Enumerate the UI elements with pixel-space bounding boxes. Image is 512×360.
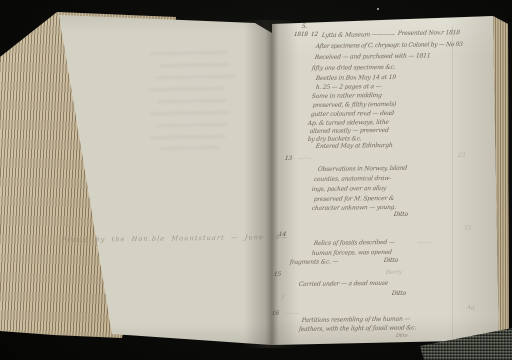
- margin-pencil-mark: 23: [457, 153, 465, 159]
- entry-number: 15: [273, 272, 281, 278]
- pencil-note: 3: [280, 295, 284, 301]
- entry-number: 14: [278, 232, 286, 238]
- manuscript-line: Presented Nov.r 1818: [397, 30, 460, 37]
- manuscript-line: ings, packed over an alloy: [311, 186, 386, 193]
- entry-number: 12: [310, 33, 318, 39]
- pencil-note: —·—: [417, 240, 431, 246]
- ditto-mark: Ditto: [391, 291, 406, 297]
- pencil-note: —·—: [285, 311, 299, 317]
- manuscript-line: fragments &c. —: [289, 259, 338, 266]
- manuscript-line: gutter coloured rev.d — dead: [310, 111, 394, 118]
- manuscript-line: human forceps, was opened: [311, 250, 392, 257]
- manuscript-line: counties, anatomical draw-: [313, 176, 391, 183]
- ditto-mark: Ditto: [393, 212, 408, 218]
- manuscript-line: Observations in Norway, Island: [317, 166, 407, 173]
- margin-rule: [452, 26, 453, 338]
- margin-pencil-mark: Ag: [466, 305, 474, 311]
- manuscript-line: Carried under — a dead mouse: [298, 281, 388, 288]
- manuscript-line: character unknown — young.: [311, 205, 396, 212]
- manuscript-line: Entered May at Edinburgh: [315, 143, 392, 150]
- manuscript-line: h. 25 — 2 pages at a —: [315, 84, 381, 91]
- manuscript-line: Relics of fossils described —: [313, 240, 394, 247]
- entry-year: 1818: [293, 33, 307, 39]
- manuscript-line: preserved, & filthy (enamels): [312, 102, 396, 109]
- margin-pencil-mark: 73: [463, 226, 471, 232]
- pencil-note: —··—: [297, 156, 313, 162]
- entry-number: 16: [271, 311, 279, 317]
- manuscript-line: Beetles in Box May 14 at 19: [315, 75, 396, 82]
- book-gutter-shadow: [244, 20, 298, 348]
- manuscript-line: altered mostly — preserved: [309, 128, 388, 135]
- ditto-mark: Ditto: [383, 258, 398, 264]
- open-manuscript-book-photo: Pres.d by the Hon.ble Mountstuart — June…: [0, 0, 512, 360]
- manuscript-line: preserved for M. Spencer &: [313, 196, 394, 203]
- entry-number: 13: [284, 156, 292, 162]
- dust-speck: [377, 8, 379, 10]
- manuscript-line: Some in rather middling: [311, 93, 381, 100]
- manuscript-line: fifty one dried specimens &c.: [311, 65, 395, 72]
- manuscript-line: Lytta & Museum ————: [321, 32, 395, 39]
- ditto-mark: Ditto: [396, 334, 408, 339]
- pencil-note: Berry: [385, 270, 402, 276]
- manuscript-line: Ap. & turned sideways, lithe: [307, 120, 389, 127]
- folio-number: 5.: [301, 24, 307, 30]
